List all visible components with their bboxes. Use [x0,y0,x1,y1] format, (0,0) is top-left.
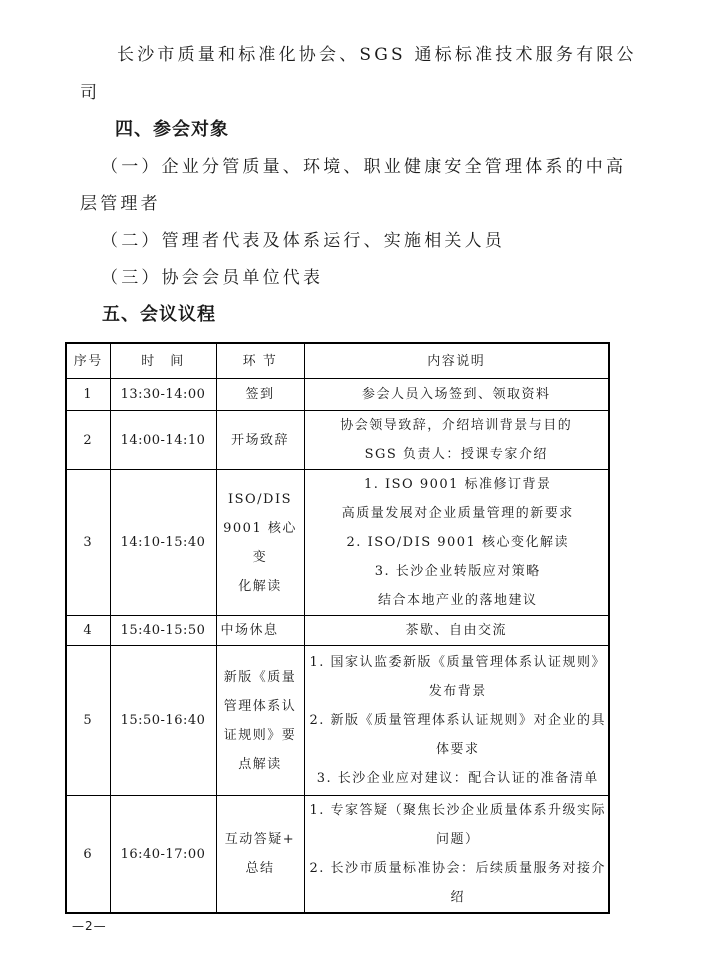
table-row: 1 13:30-14:00 签到 参会人员入场签到、领取资料 [66,379,609,411]
row-content: 参会人员入场签到、领取资料 [304,379,609,411]
table-row: 5 15:50-16:40 新版《质量 管理体系认 证规则》要 点解读 1. 国… [66,646,609,796]
row-stage: 签到 [216,379,304,411]
org-line-1: 长沙市质量和标准化协会、SGS 通标标准技术服务有限公 [117,45,637,65]
table-row: 2 14:00-14:10 开场致辞 协会领导致辞，介绍培训背景与目的 SGS … [66,411,609,470]
row-no: 1 [66,379,110,411]
row-time: 14:10-15:40 [110,470,216,616]
content-line: 发布背景 [308,677,609,706]
row-content: 1. 专家答疑（聚焦长沙企业质量体系升级实际 问题） 2. 长沙市质量标准协会：… [304,796,609,914]
org-line-2: 司 [80,83,100,103]
audience-item-1-line-2: 层管理者 [80,194,161,214]
section-4-heading: 四、参会对象 [115,120,229,140]
audience-item-1-line-1: （一）企业分管质量、环境、职业健康安全管理体系的中高 [101,157,626,177]
stage-line: 互动答疑+ [217,825,304,854]
content-line: 结合本地产业的落地建议 [308,586,609,615]
stage-line: ISO/DIS [217,485,304,514]
table-row: 4 15:40-15:50 中场休息 茶歇、自由交流 [66,616,609,646]
content-line: 高质量发展对企业质量管理的新要求 [308,499,609,528]
stage-line: 管理体系认 [217,692,304,721]
row-time: 16:40-17:00 [110,796,216,914]
content-line: 3. 长沙企业应对建议：配合认证的准备清单 [308,764,609,793]
content-line: 1. ISO 9001 标准修订背景 [308,470,609,499]
row-content: 1. ISO 9001 标准修订背景 高质量发展对企业质量管理的新要求 2. I… [304,470,609,616]
header-content: 内容说明 [304,343,609,379]
row-time: 15:50-16:40 [110,646,216,796]
content-line: 3. 长沙企业转版应对策略 [308,557,609,586]
stage-line: 总结 [217,854,304,883]
stage-line: 新版《质量 [217,663,304,692]
table-header-row: 序号 时 间 环 节 内容说明 [66,343,609,379]
stage-line: 证规则》要 [217,721,304,750]
header-stage: 环 节 [216,343,304,379]
row-stage: 互动答疑+ 总结 [216,796,304,914]
header-no: 序号 [66,343,110,379]
row-time: 14:00-14:10 [110,411,216,470]
content-line: SGS 负责人：授课专家介绍 [305,440,609,469]
table-row: 6 16:40-17:00 互动答疑+ 总结 1. 专家答疑（聚焦长沙企业质量体… [66,796,609,914]
content-line: 2. 长沙市质量标准协会：后续质量服务对接介 [308,854,609,883]
row-stage: 开场致辞 [216,411,304,470]
row-no: 4 [66,616,110,646]
row-time: 13:30-14:00 [110,379,216,411]
stage-line: 9001 核心变 [217,514,304,572]
row-stage: 新版《质量 管理体系认 证规则》要 点解读 [216,646,304,796]
row-no: 5 [66,646,110,796]
table-row: 3 14:10-15:40 ISO/DIS 9001 核心变 化解读 1. IS… [66,470,609,616]
row-stage: ISO/DIS 9001 核心变 化解读 [216,470,304,616]
content-line: 2. 新版《质量管理体系认证规则》对企业的具 [308,706,609,735]
content-line: 1. 专家答疑（聚焦长沙企业质量体系升级实际 [308,796,609,825]
stage-line: 化解读 [217,572,304,601]
content-line: 绍 [308,883,609,912]
section-5-heading: 五、会议议程 [102,305,216,325]
row-time: 15:40-15:50 [110,616,216,646]
content-line: 2. ISO/DIS 9001 核心变化解读 [308,528,609,557]
content-line: 体要求 [308,735,609,764]
content-line: 问题） [308,825,609,854]
row-no: 2 [66,411,110,470]
row-content: 1. 国家认监委新版《质量管理体系认证规则》 发布背景 2. 新版《质量管理体系… [304,646,609,796]
row-no: 3 [66,470,110,616]
content-line: 1. 国家认监委新版《质量管理体系认证规则》 [308,648,609,677]
page-number: —2— [72,919,107,933]
audience-item-2: （二）管理者代表及体系运行、实施相关人员 [101,231,505,251]
row-stage: 中场休息 [216,616,304,646]
content-line: 茶歇、自由交流 [305,616,609,645]
content-line: 参会人员入场签到、领取资料 [305,380,609,409]
agenda-table: 序号 时 间 环 节 内容说明 1 13:30-14:00 签到 参会人员入场签… [65,342,610,914]
stage-line: 点解读 [217,750,304,779]
row-no: 6 [66,796,110,914]
header-time: 时 间 [110,343,216,379]
row-content: 茶歇、自由交流 [304,616,609,646]
content-line: 协会领导致辞，介绍培训背景与目的 [305,411,609,440]
audience-item-3: （三）协会会员单位代表 [101,268,323,288]
row-content: 协会领导致辞，介绍培训背景与目的 SGS 负责人：授课专家介绍 [304,411,609,470]
